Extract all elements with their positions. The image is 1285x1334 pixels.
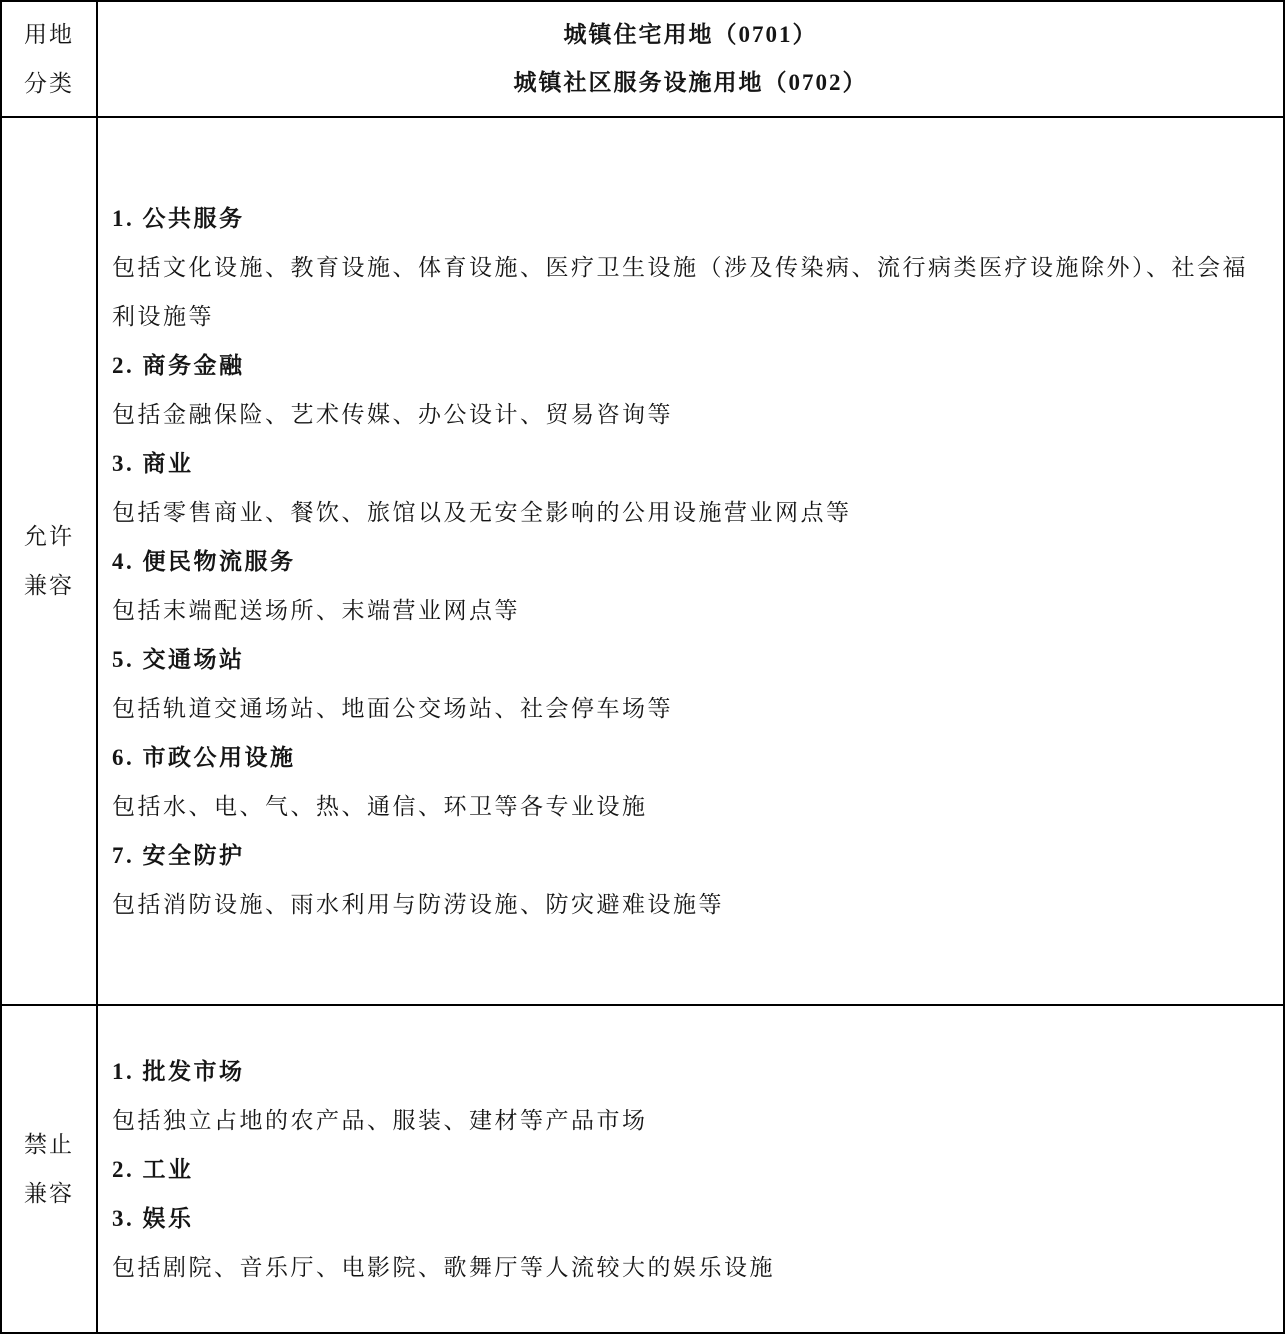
- allowed-label-line2: 兼容: [24, 561, 74, 610]
- corner-label-line1: 用地: [24, 10, 74, 59]
- allowed-item-3-heading: 3. 商业: [112, 439, 1253, 488]
- corner-label-line2: 分类: [24, 59, 74, 108]
- header-title-line2: 城镇社区服务设施用地（0702）: [514, 59, 868, 107]
- header-title-cell: 城镇住宅用地（0701） 城镇社区服务设施用地（0702）: [98, 2, 1283, 118]
- row-label-forbidden-compatibility: 禁止 兼容: [2, 1006, 98, 1332]
- allowed-item-7-desc: 包括消防设施、雨水利用与防涝设施、防灾避难设施等: [112, 880, 1253, 929]
- forbidden-compatibility-body-cell: 1. 批发市场 包括独立占地的农产品、服装、建材等产品市场 2. 工业 3. 娱…: [98, 1006, 1283, 1332]
- forbidden-label-line2: 兼容: [24, 1169, 74, 1218]
- allowed-item-4-desc: 包括末端配送场所、末端营业网点等: [112, 586, 1253, 635]
- forbidden-item-3-heading: 3. 娱乐: [112, 1194, 1253, 1243]
- forbidden-label-line1: 禁止: [24, 1120, 74, 1169]
- allowed-item-1-desc: 包括文化设施、教育设施、体育设施、医疗卫生设施（涉及传染病、流行病类医疗设施除外…: [112, 243, 1253, 341]
- corner-cell-land-use-category: 用地 分类: [2, 2, 98, 118]
- allowed-item-2-heading: 2. 商务金融: [112, 341, 1253, 390]
- allowed-item-5-heading: 5. 交通场站: [112, 635, 1253, 684]
- allowed-item-6-heading: 6. 市政公用设施: [112, 733, 1253, 782]
- allowed-item-4-heading: 4. 便民物流服务: [112, 537, 1253, 586]
- allowed-item-6-desc: 包括水、电、气、热、通信、环卫等各专业设施: [112, 782, 1253, 831]
- allowed-item-1-heading: 1. 公共服务: [112, 194, 1253, 243]
- allowed-item-2-desc: 包括金融保险、艺术传媒、办公设计、贸易咨询等: [112, 390, 1253, 439]
- forbidden-item-1-desc: 包括独立占地的农产品、服装、建材等产品市场: [112, 1096, 1253, 1145]
- header-title-line1: 城镇住宅用地（0701）: [564, 11, 818, 59]
- row-label-allowed-compatibility: 允许 兼容: [2, 118, 98, 1006]
- forbidden-item-1-heading: 1. 批发市场: [112, 1047, 1253, 1096]
- allowed-compatibility-body-cell: 1. 公共服务 包括文化设施、教育设施、体育设施、医疗卫生设施（涉及传染病、流行…: [98, 118, 1283, 1006]
- allowed-item-3-desc: 包括零售商业、餐饮、旅馆以及无安全影响的公用设施营业网点等: [112, 488, 1253, 537]
- forbidden-item-2-heading: 2. 工业: [112, 1145, 1253, 1194]
- allowed-label-line1: 允许: [24, 512, 74, 561]
- forbidden-item-3-desc: 包括剧院、音乐厅、电影院、歌舞厅等人流较大的娱乐设施: [112, 1243, 1253, 1292]
- land-use-compatibility-table: 用地 分类 城镇住宅用地（0701） 城镇社区服务设施用地（0702） 允许 兼…: [0, 0, 1285, 1334]
- allowed-item-7-heading: 7. 安全防护: [112, 831, 1253, 880]
- allowed-item-5-desc: 包括轨道交通场站、地面公交场站、社会停车场等: [112, 684, 1253, 733]
